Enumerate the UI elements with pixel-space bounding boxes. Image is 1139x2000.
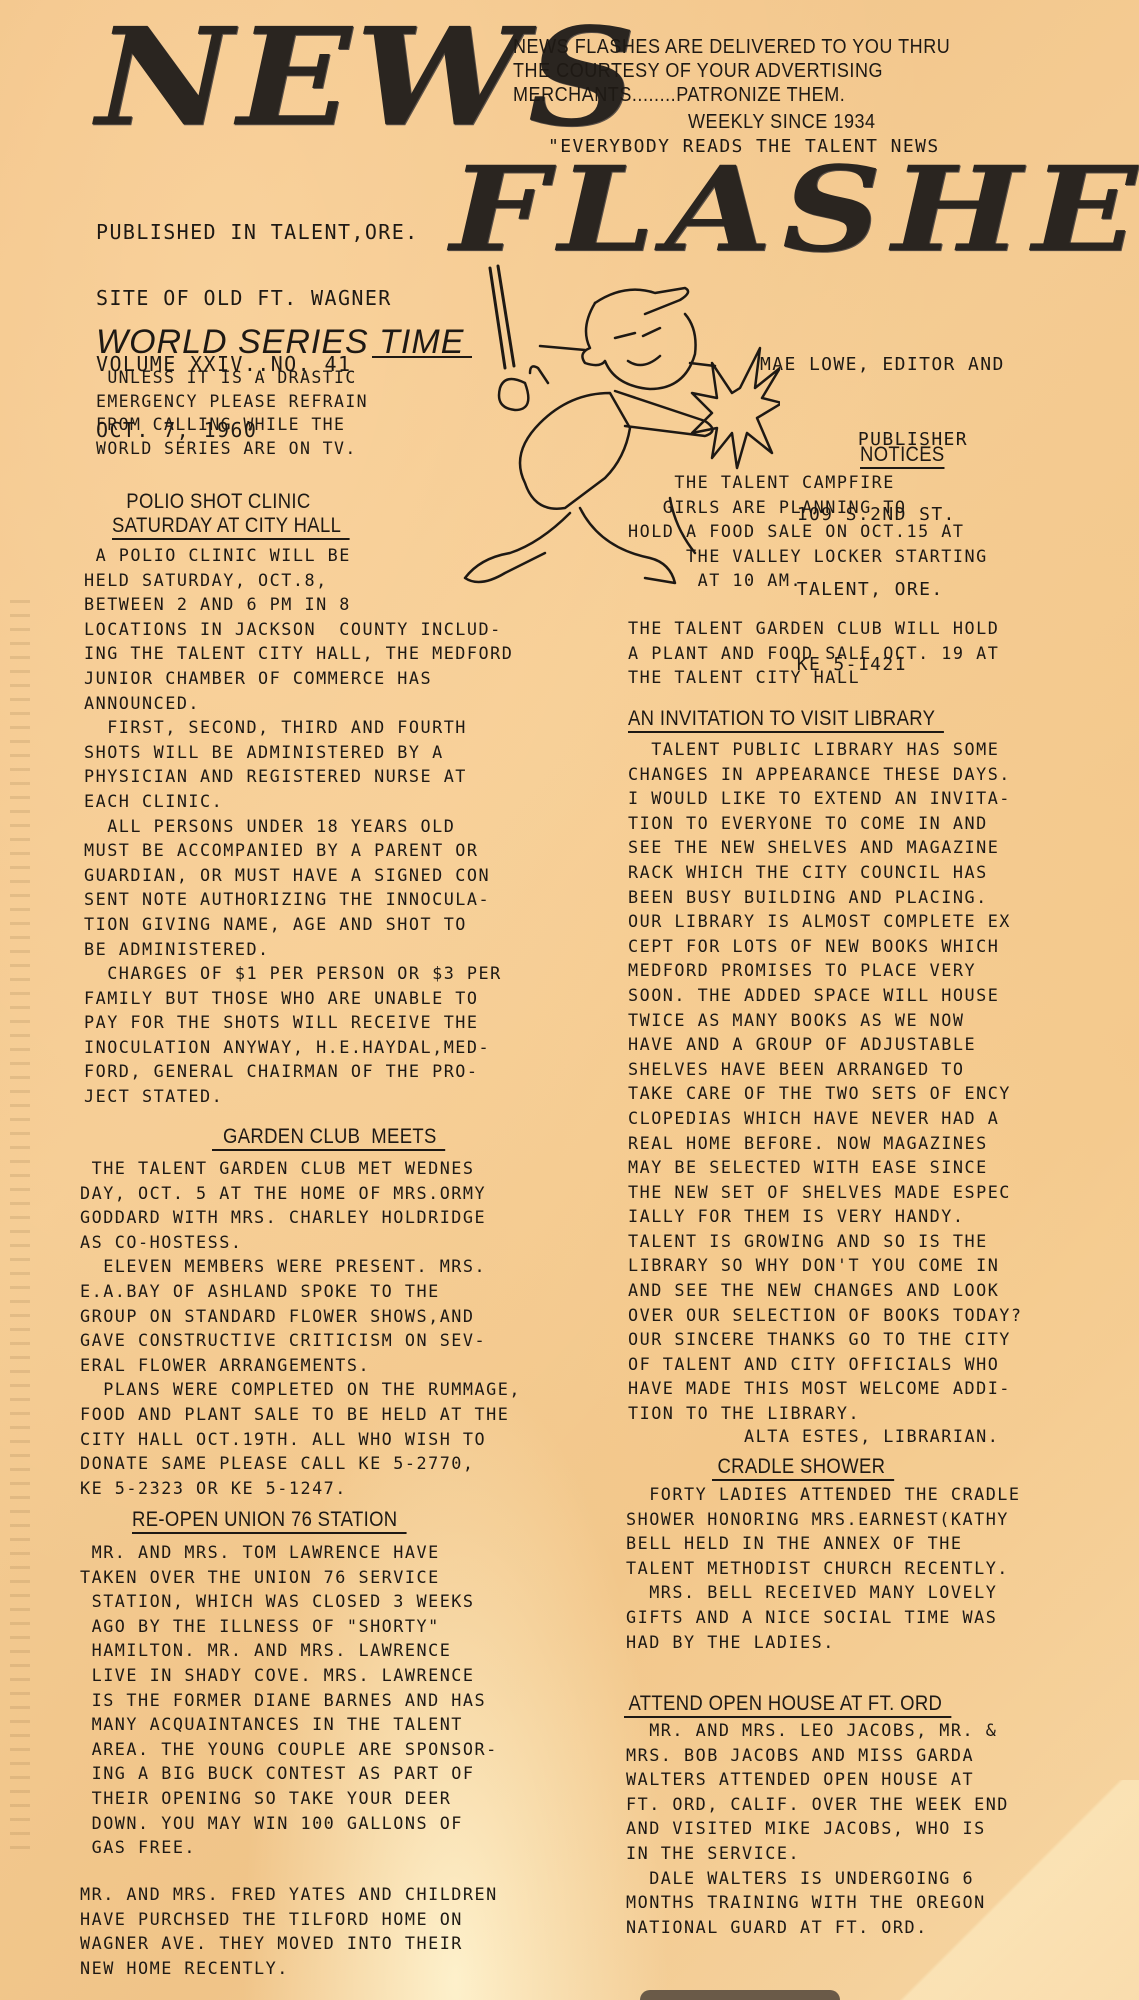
notices-article: NOTICES — [860, 443, 956, 469]
slogan: "EVERYBODY READS THE TALENT NEWS — [548, 134, 940, 159]
ft-ord-article: ATTEND OPEN HOUSE AT FT. ORD — [624, 1692, 996, 1718]
polio-headline-1: POLIO SHOT CLINIC — [112, 490, 350, 514]
polio-article: POLIO SHOT CLINIC SATURDAY AT CITY HALL — [112, 490, 382, 540]
headline-rule — [372, 356, 472, 358]
publication-place: Published in Talent,Ore. — [96, 221, 419, 243]
union76-headline: RE-OPEN UNION 76 STATION — [132, 1508, 406, 1534]
editor-name: MAE LOWE, EDITOR AND — [760, 352, 1005, 377]
library-signature: ALTA ESTES, LIBRARIAN. — [628, 1424, 999, 1449]
garden-club-headline: GARDEN CLUB MEETS — [212, 1125, 446, 1151]
delivery-note: NEWS FLASHES ARE DELIVERED TO YOU THRU T… — [513, 35, 950, 107]
library-headline: AN INVITATION TO VISIT LIBRARY — [628, 707, 944, 733]
union76-article: RE-OPEN UNION 76 STATION — [132, 1508, 444, 1534]
weekly-since: WEEKLY SINCE 1934 — [688, 110, 876, 134]
library-article: AN INVITATION TO VISIT LIBRARY — [628, 707, 987, 733]
publication-site: Site of Old Ft. Wagner — [96, 287, 419, 309]
library-body: TALENT PUBLIC LIBRARY HAS SOME CHANGES I… — [628, 737, 1023, 1426]
paper-crease — [10, 600, 30, 1850]
garden-club-body: THE TALENT GARDEN CLUB MET WEDNES DAY, O… — [80, 1156, 521, 1500]
polio-body: A POLIO CLINIC WILL BE HELD SATURDAY, OC… — [84, 543, 513, 1109]
ft-ord-body: MR. AND MRS. LEO JACOBS, MR. & MRS. BOB … — [626, 1718, 1009, 1939]
ft-ord-headline: ATTEND OPEN HOUSE AT FT. ORD — [624, 1692, 951, 1718]
polio-headline-2: SATURDAY AT CITY HALL — [112, 514, 350, 540]
garden-sale-notice: THE TALENT GARDEN CLUB WILL HOLD A PLANT… — [628, 616, 999, 690]
notices-headline: NOTICES — [860, 443, 945, 469]
masthead-title-flashes: FLASHES — [450, 150, 1139, 269]
cradle-shower-article: CRADLE SHOWER — [712, 1455, 919, 1481]
page-edge-shadow — [640, 1990, 840, 2000]
yates-body: MR. AND MRS. FRED YATES AND CHILDREN HAV… — [80, 1882, 498, 1980]
garden-club-article: GARDEN CLUB MEETS — [212, 1125, 477, 1151]
world-series-body: UNLESS IT IS A DRASTIC EMERGENCY PLEASE … — [96, 366, 368, 460]
newspaper-page: NEWS FLASHES NEWS FLASHES ARE DELIVERED … — [0, 0, 1139, 2000]
cradle-shower-headline: CRADLE SHOWER — [712, 1455, 894, 1481]
union76-body: MR. AND MRS. TOM LAWRENCE HAVE TAKEN OVE… — [80, 1540, 498, 1860]
cradle-shower-body: FORTY LADIES ATTENDED THE CRADLE SHOWER … — [626, 1482, 1021, 1654]
campfire-notice: THE TALENT CAMPFIRE GIRLS ARE PLANNING T… — [628, 470, 988, 593]
